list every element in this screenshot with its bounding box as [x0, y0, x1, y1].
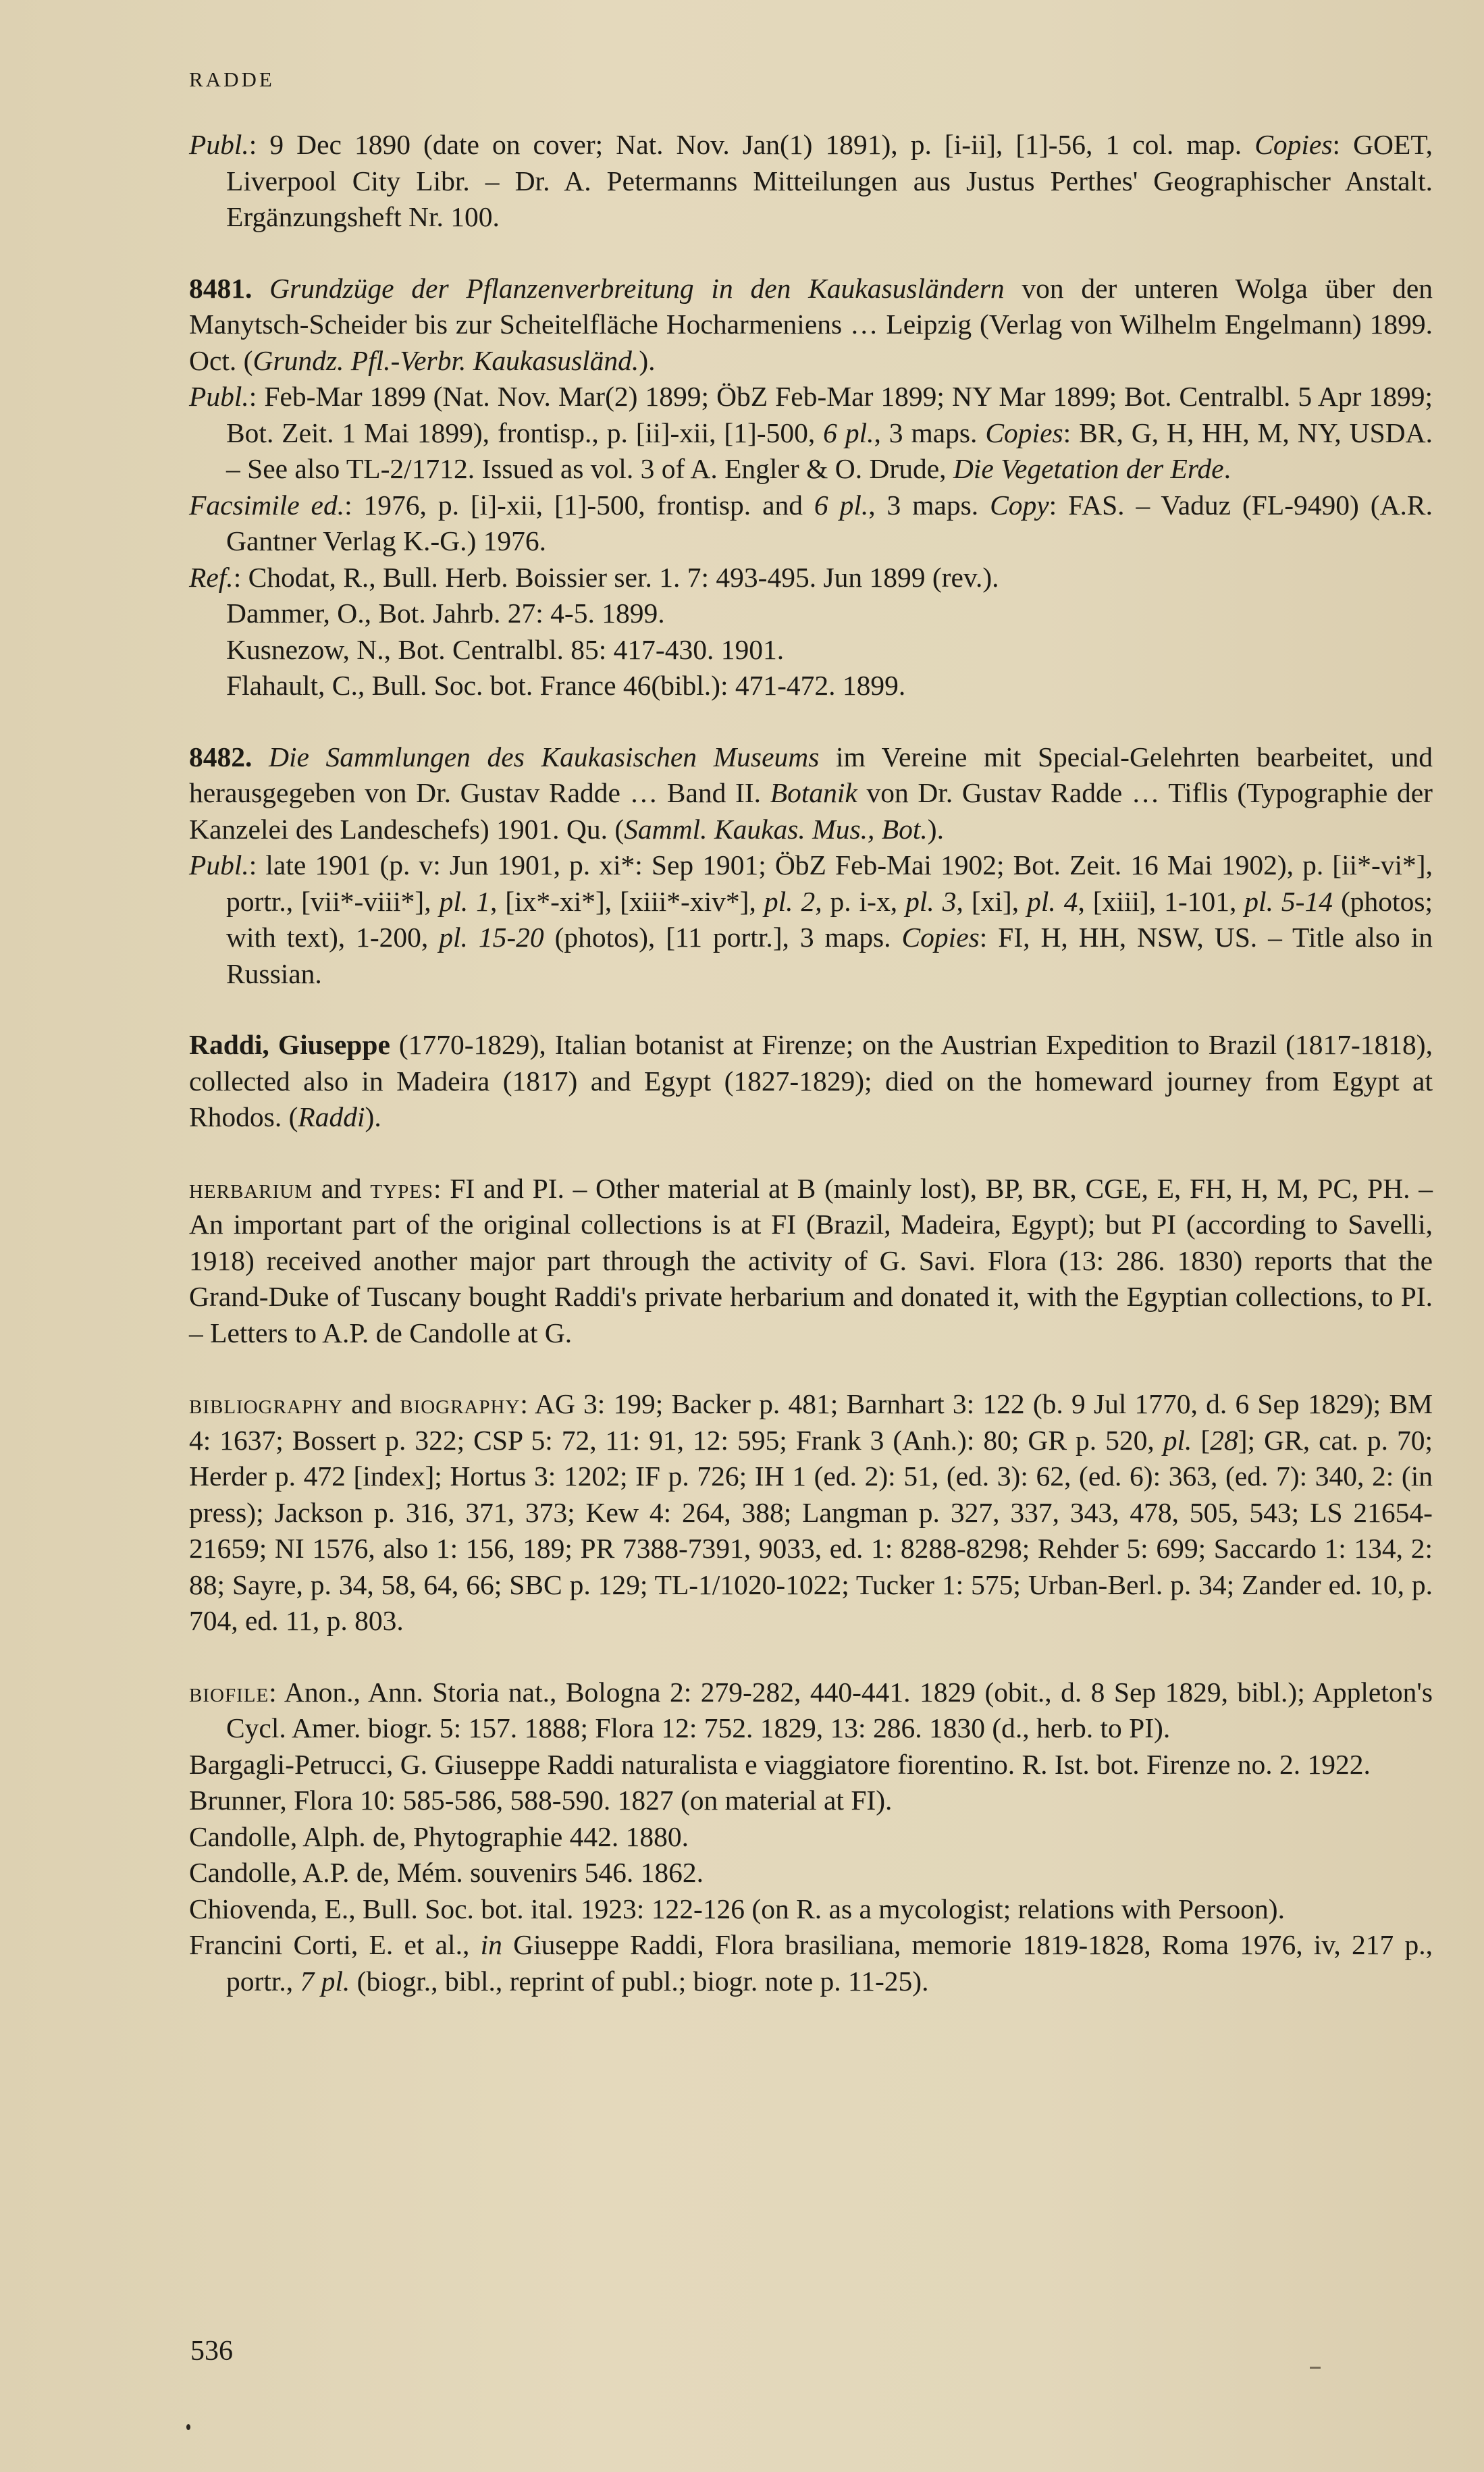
entry-8482: 8482. Die Sammlungen des Kaukasischen Mu…: [189, 739, 1433, 993]
author-bio: Raddi, Giuseppe (1770-1829), Italian bot…: [189, 1027, 1433, 1136]
page-number: 536: [190, 2335, 233, 2367]
biofile-section: biofile: Anon., Ann. Storia nat., Bologn…: [189, 1675, 1433, 1747]
biofile-item: Chiovenda, E., Bull. Soc. bot. ital. 192…: [189, 1891, 1433, 1928]
entry-8481-title: 8481. Grundzüge der Pflanzenverbreitung …: [189, 271, 1433, 379]
biofile-item: Candolle, A.P. de, Mém. souvenirs 546. 1…: [189, 1855, 1433, 1891]
biofile-item: Bargagli-Petrucci, G. Giuseppe Raddi nat…: [189, 1747, 1433, 1783]
prev-entry-publ: Publ.: 9 Dec 1890 (date on cover; Nat. N…: [189, 127, 1433, 236]
author-entry-raddi: Raddi, Giuseppe (1770-1829), Italian bot…: [189, 1027, 1433, 1999]
ref-item: Kusnezow, N., Bot. Centralbl. 85: 417-43…: [189, 632, 1433, 668]
entry-8481-publ: Publ.: Feb-Mar 1899 (Nat. Nov. Mar(2) 18…: [189, 379, 1433, 488]
scan-mark: [1310, 2367, 1321, 2369]
author-name: Raddi, Giuseppe: [189, 1029, 390, 1060]
biofile-item: Brunner, Flora 10: 585-586, 588-590. 182…: [189, 1783, 1433, 1819]
entry-8482-title: 8482. Die Sammlungen des Kaukasischen Mu…: [189, 739, 1433, 848]
biofile-item: Francini Corti, E. et al., in Giuseppe R…: [189, 1927, 1433, 1999]
entry-number: 8482.: [189, 741, 252, 772]
entry-number: 8481.: [189, 273, 252, 304]
running-head: RADDE: [189, 68, 1433, 95]
herbarium-section: herbarium and types: FI and PI. – Other …: [189, 1171, 1433, 1352]
scan-speck: [186, 2424, 190, 2430]
ref-item: Flahault, C., Bull. Soc. bot. France 46(…: [189, 668, 1433, 704]
ref-item: Dammer, O., Bot. Jahrb. 27: 4-5. 1899.: [189, 596, 1433, 632]
entry-8481: 8481. Grundzüge der Pflanzenverbreitung …: [189, 271, 1433, 704]
entry-8481-facsimile: Facsimile ed.: 1976, p. [i]-xii, [1]-500…: [189, 488, 1433, 560]
bibliography-section: bibliography and biography: AG 3: 199; B…: [189, 1386, 1433, 1639]
entry-8481-ref: Ref.: Chodat, R., Bull. Herb. Boissier s…: [189, 560, 1433, 596]
book-page: RADDE Publ.: 9 Dec 1890 (date on cover; …: [189, 68, 1433, 1999]
entry-8482-publ: Publ.: late 1901 (p. v: Jun 1901, p. xi*…: [189, 847, 1433, 992]
biofile-item: Candolle, Alph. de, Phytographie 442. 18…: [189, 1819, 1433, 1856]
